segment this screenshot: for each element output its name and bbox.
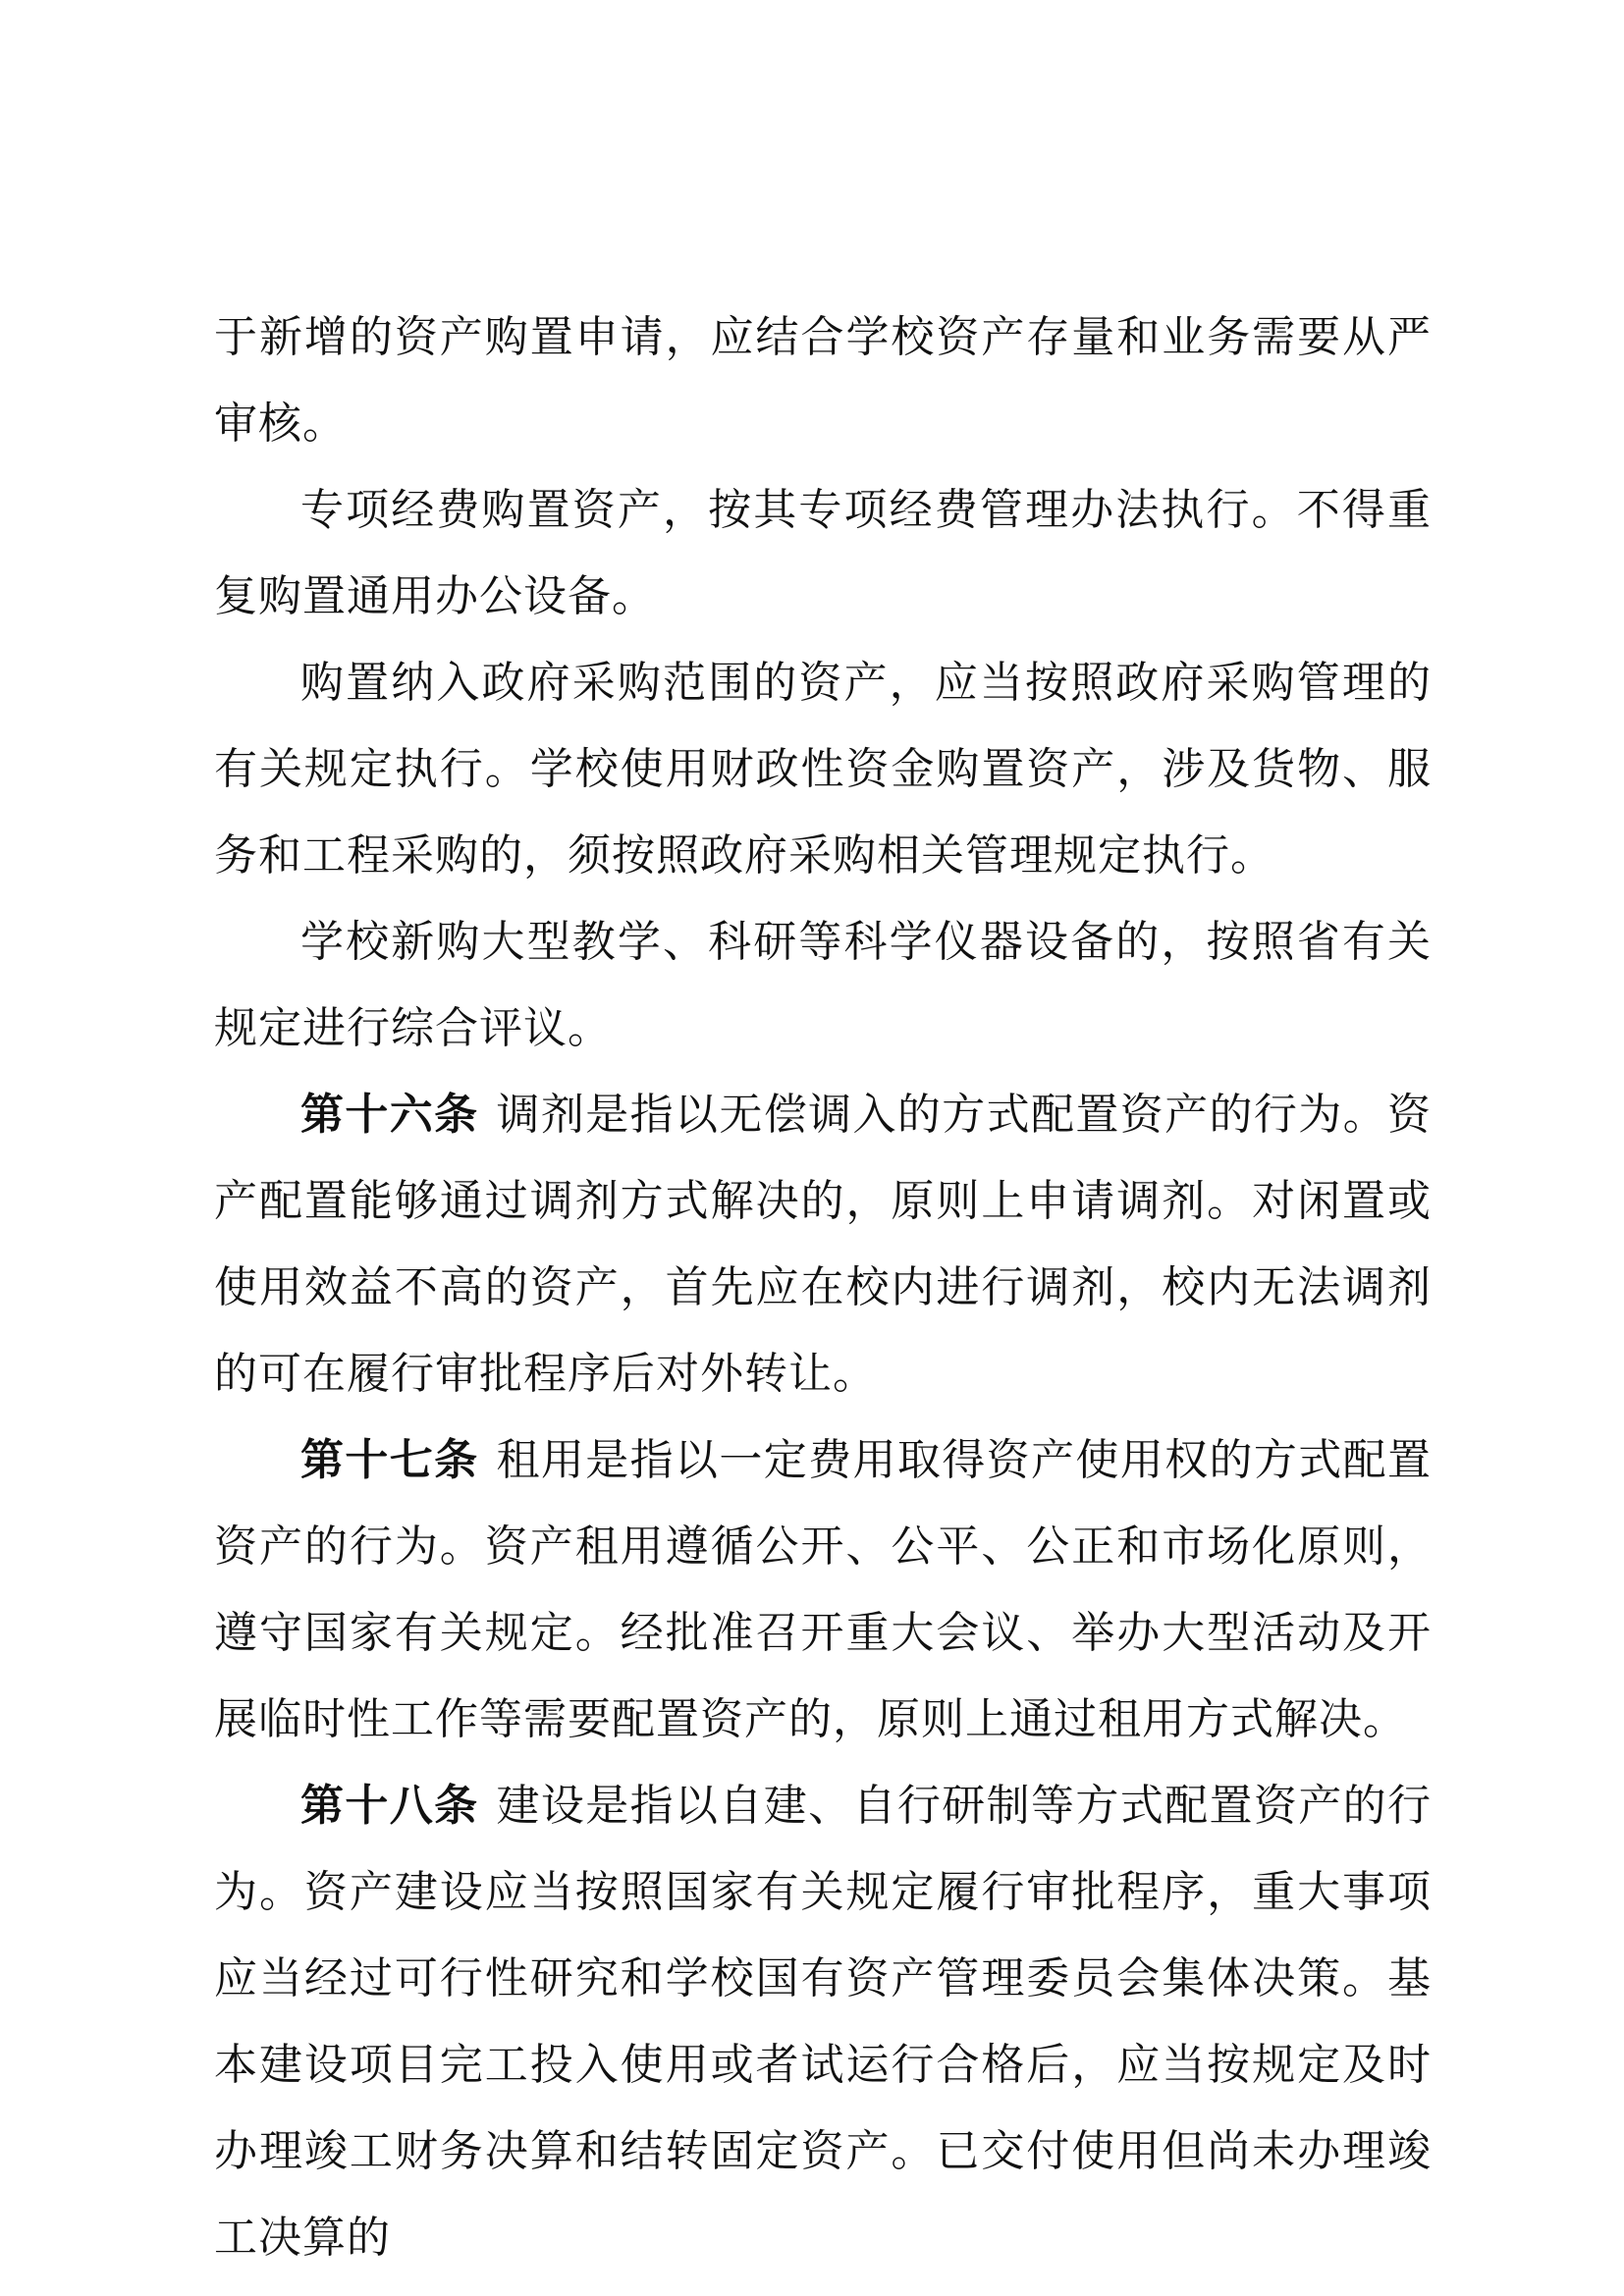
article-text: 建设是指以自建、自行研制等方式配置资产的行为。资产建设应当按照国家有关规定履行审… [214, 1781, 1432, 2263]
paragraph-text: 于新增的资产购置申请，应结合学校资产存量和业务需要从严审核。 [214, 312, 1432, 449]
article-16: 第十六条调剂是指以无偿调入的方式配置资产的行为。资产配置能够通过调剂方式解决的，… [214, 1072, 1432, 1417]
document-page: 于新增的资产购置申请，应结合学校资产存量和业务需要从严审核。 专项经费购置资产，… [214, 294, 1432, 2281]
article-17: 第十七条租用是指以一定费用取得资产使用权的方式配置资产的行为。资产租用遵循公开、… [214, 1417, 1432, 1763]
paragraph-text: 购置纳入政府采购范围的资产，应当按照政府采购管理的有关规定执行。学校使用财政性资… [214, 658, 1432, 881]
article-number: 第十七条 [300, 1435, 479, 1485]
article-number: 第十八条 [300, 1781, 479, 1831]
paragraph-text: 学校新购大型教学、科研等科学仪器设备的，按照省有关规定进行综合评议。 [214, 917, 1432, 1053]
paragraph-government-procurement: 购置纳入政府采购范围的资产，应当按照政府采购管理的有关规定执行。学校使用财政性资… [214, 640, 1432, 899]
paragraph-special-funds: 专项经费购置资产，按其专项经费管理办法执行。不得重复购置通用办公设备。 [214, 467, 1432, 640]
paragraph-purchase-review: 于新增的资产购置申请，应结合学校资产存量和业务需要从严审核。 [214, 294, 1432, 467]
article-18: 第十八条建设是指以自建、自行研制等方式配置资产的行为。资产建设应当按照国家有关规… [214, 1763, 1432, 2281]
article-number: 第十六条 [300, 1090, 479, 1140]
paragraph-large-equipment: 学校新购大型教学、科研等科学仪器设备的，按照省有关规定进行综合评议。 [214, 899, 1432, 1072]
paragraph-text: 专项经费购置资产，按其专项经费管理办法执行。不得重复购置通用办公设备。 [214, 485, 1432, 621]
